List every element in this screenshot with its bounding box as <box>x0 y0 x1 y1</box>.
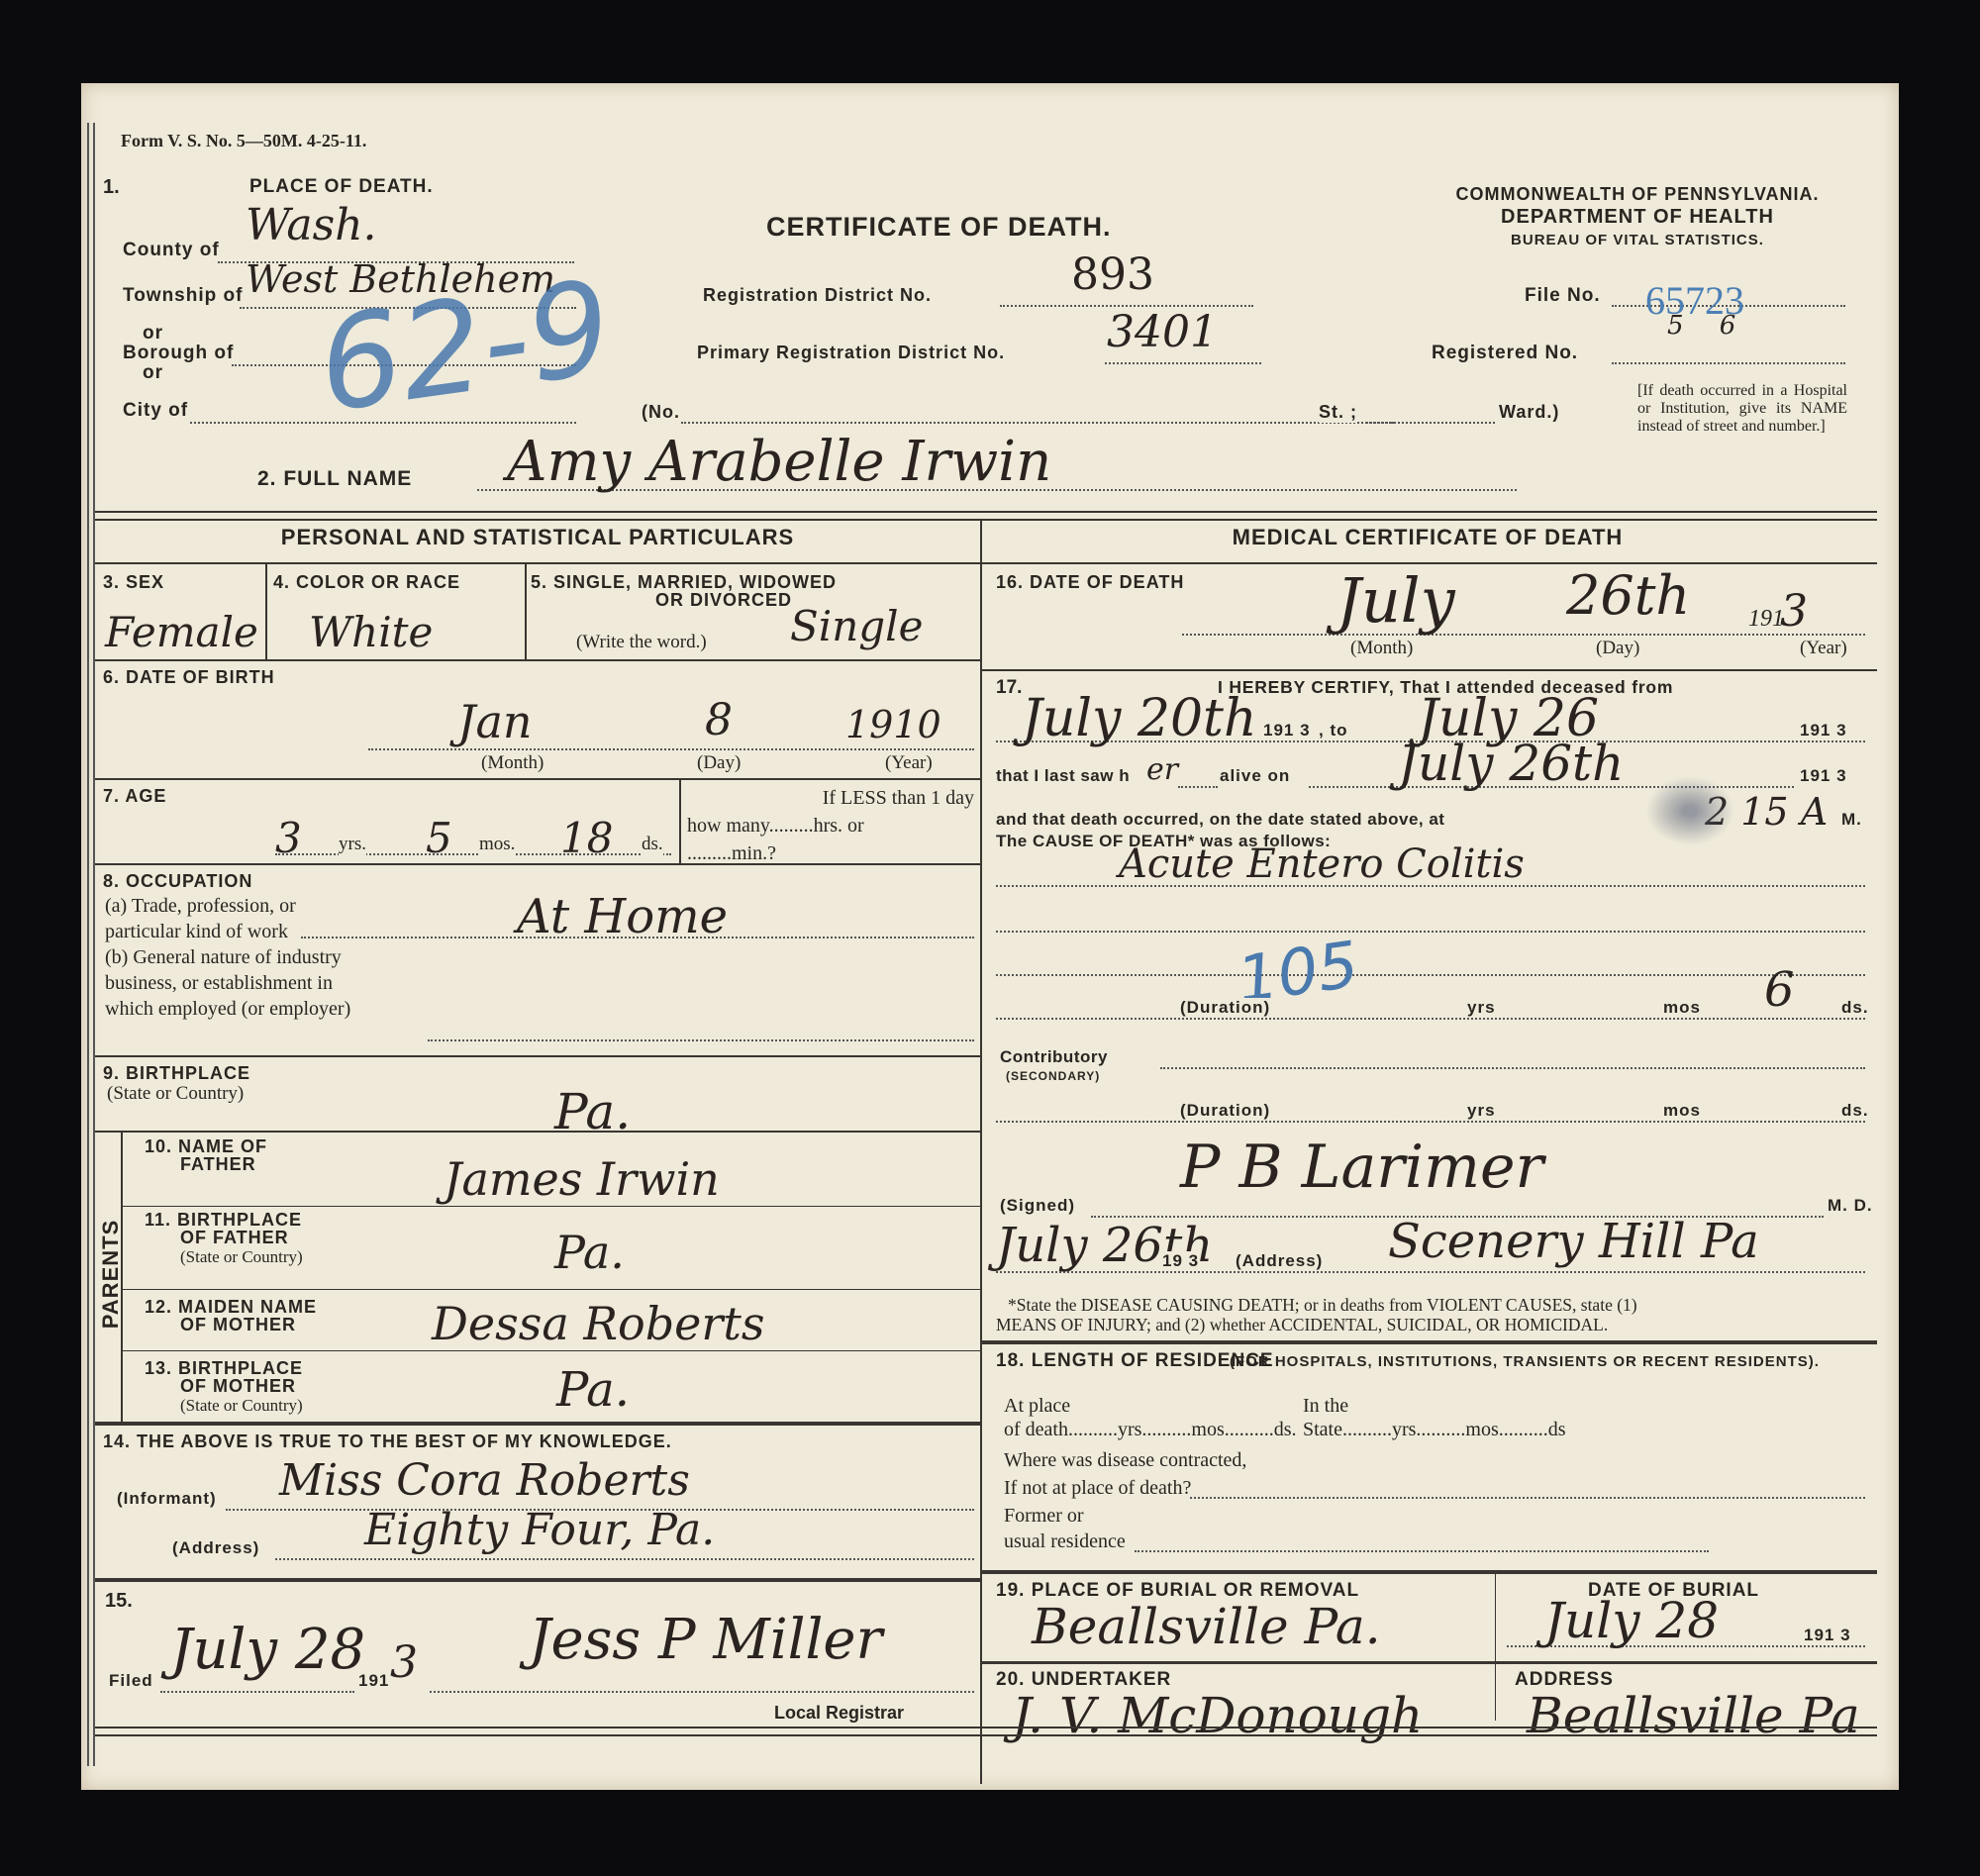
city-label: City of <box>123 400 188 422</box>
race-label: 4. COLOR OR RACE <box>273 572 460 593</box>
full-name-value: Amy Arabelle Irwin <box>507 430 1051 494</box>
ward-line <box>1366 422 1495 424</box>
divider <box>95 519 1877 521</box>
former-1: Former or <box>1004 1505 1084 1528</box>
ds-label: ds. <box>1841 998 1869 1018</box>
dod-line <box>1182 634 1865 636</box>
item15-num: 15. <box>105 1590 133 1613</box>
cause-value: Acute Entero Colitis <box>1119 841 1525 887</box>
divider <box>95 863 980 865</box>
mos-label: mos <box>1663 1101 1701 1121</box>
burial-date-value: July 28 <box>1544 1592 1719 1649</box>
divider <box>95 562 980 564</box>
hospital-note: [If death occurred in a Hospital or Inst… <box>1637 382 1847 436</box>
age-label: 7. AGE <box>103 786 166 807</box>
yrs-caption: yrs. <box>339 834 366 855</box>
certificate-title: CERTIFICATE OF DEATH. <box>766 212 1111 243</box>
divider <box>95 1131 980 1133</box>
registered-no-label: Registered No. <box>1432 343 1578 364</box>
dob-month: Jan <box>457 695 533 748</box>
borough-label: Borough of <box>123 343 234 364</box>
or-label: or <box>143 362 163 384</box>
attended-from-year: 191 3 <box>1263 721 1311 741</box>
contracted-2: If not at place of death? <box>1004 1477 1191 1500</box>
agency-line1: COMMONWEALTH OF PENNSYLVANIA. <box>1430 184 1845 205</box>
form-number: Form V. S. No. 5—50M. 4-25-11. <box>121 131 366 151</box>
occupation-line-b <box>428 1039 974 1041</box>
occupation-instructions: (a) Trade, profession, or particular kin… <box>105 893 350 1022</box>
primary-reg-line <box>1105 362 1261 364</box>
ds-caption: ds. <box>642 834 663 855</box>
item14-label: 14. THE ABOVE IS TRUE TO THE BEST OF MY … <box>103 1432 672 1452</box>
state-country-hint: (State or Country) <box>180 1247 303 1267</box>
month-caption: (Month) <box>1350 638 1413 659</box>
divider <box>95 1055 980 1057</box>
mother-name-label-2: OF MOTHER <box>180 1315 296 1335</box>
primary-reg-value: 3401 <box>1107 307 1218 357</box>
occ-b-1: (b) General nature of industry <box>105 944 350 970</box>
attended-to-year: 191 3 <box>1800 721 1847 741</box>
registered-no-line <box>1612 362 1845 364</box>
in-state-block: In the State..........yrs..........mos..… <box>1303 1394 1566 1441</box>
year-caption: (Year) <box>1800 638 1847 659</box>
divider <box>121 1350 980 1351</box>
ds-label: ds. <box>1841 1101 1869 1121</box>
filed-year-prefix: 191 <box>358 1671 389 1691</box>
age-days: 18 <box>560 814 613 862</box>
less-line-1: If LESS than 1 day <box>687 784 974 812</box>
divider <box>95 659 980 661</box>
m-label: M. <box>1841 810 1862 830</box>
cell-divider <box>1495 1572 1496 1721</box>
dod-year-suffix: 3 <box>1780 586 1808 637</box>
sex-label: 3. SEX <box>103 572 164 593</box>
mother-bp-value: Pa. <box>556 1362 630 1418</box>
cell-divider <box>679 778 681 863</box>
secondary-label: (SECONDARY) <box>1006 1069 1100 1083</box>
registrar-signature: Jess P Miller <box>529 1608 882 1672</box>
duration-label: (Duration) <box>1180 998 1270 1018</box>
margin-rule <box>93 123 95 1766</box>
personal-section-title: PERSONAL AND STATISTICAL PARTICULARS <box>95 525 980 550</box>
in-state-2: State..........yrs..........mos.........… <box>1303 1418 1566 1441</box>
cell-divider <box>525 562 527 659</box>
divider <box>982 1570 1877 1574</box>
yrs-label: yrs <box>1467 1101 1496 1121</box>
dod-label: 16. DATE OF DEATH <box>996 572 1184 593</box>
last-saw-pronoun: er <box>1146 752 1178 787</box>
column-divider <box>980 521 982 1784</box>
file-no-label: File No. <box>1525 285 1601 307</box>
pronoun-line <box>1178 786 1218 788</box>
divider <box>95 1422 980 1426</box>
agency-line3: BUREAU OF VITAL STATISTICS. <box>1430 232 1845 248</box>
street-no-label: (No. <box>642 402 680 423</box>
burial-place-value: Beallsville Pa. <box>1032 1598 1381 1655</box>
footnote: *State the DISEASE CAUSING DEATH; or in … <box>996 1295 1873 1334</box>
last-saw-date: July 26th <box>1398 735 1624 792</box>
dob-day: 8 <box>705 695 733 745</box>
reg-district-label: Registration District No. <box>703 285 932 306</box>
file-no-overwrite: 5 6 <box>1667 311 1749 341</box>
duration-label-2: (Duration) <box>1180 1101 1270 1121</box>
less-than-day-note: If LESS than 1 day how many.........hrs.… <box>687 784 974 867</box>
marital-value: Single <box>790 602 923 650</box>
filed-label: Filed <box>109 1671 153 1691</box>
physician-signature: P B Larimer <box>1180 1133 1543 1202</box>
divider <box>982 1661 1877 1664</box>
at-place-2: of death..........yrs..........mos......… <box>1004 1418 1297 1441</box>
county-label: County of <box>123 240 220 261</box>
or-label: or <box>143 323 163 345</box>
physician-address: Scenery Hill Pa <box>1388 1214 1759 1269</box>
duration-days: 6 <box>1764 962 1795 1018</box>
contributory-line <box>1160 1067 1865 1069</box>
alive-on-label: alive on <box>1220 766 1290 786</box>
occurred-text: and that death occurred, on the date sta… <box>996 810 1444 830</box>
physician-address-label: (Address) <box>1236 1251 1323 1271</box>
divider <box>95 778 980 780</box>
attended-from: July 20th <box>1022 689 1256 748</box>
reg-district-value: 893 <box>1071 249 1154 300</box>
ward-label: Ward.) <box>1499 402 1559 423</box>
duration-line-2 <box>996 1121 1865 1123</box>
cause-line-2 <box>996 931 1865 933</box>
father-name-label-2: FATHER <box>180 1154 256 1175</box>
filed-date-value: July 28 <box>170 1618 365 1682</box>
registrar-label: Local Registrar <box>774 1703 904 1724</box>
contracted-line <box>1190 1497 1865 1499</box>
signed-year: 19 3 <box>1162 1251 1199 1271</box>
father-bp-label-2: OF FATHER <box>180 1228 289 1248</box>
township-label: Township of <box>123 285 243 307</box>
former-2: usual residence <box>1004 1530 1126 1553</box>
less-line-2: how many.........hrs. or <box>687 812 974 839</box>
filed-year-suffix: 3 <box>390 1637 418 1688</box>
mos-caption: mos. <box>479 834 515 855</box>
sex-value: Female <box>105 608 258 656</box>
bottom-rule <box>95 1727 1877 1728</box>
ink-blot <box>1645 776 1734 845</box>
margin-rule <box>87 123 89 1766</box>
occ-a-1: (a) Trade, profession, or <box>105 893 350 919</box>
mother-bp-label-2: OF MOTHER <box>180 1376 296 1397</box>
divider <box>982 669 1877 671</box>
birthplace-label: 9. BIRTHPLACE <box>103 1063 250 1084</box>
informant-address-value: Eighty Four, Pa. <box>364 1505 715 1555</box>
informant-address-line <box>275 1558 974 1560</box>
age-months: 5 <box>426 814 452 862</box>
footnote-line-1: *State the DISEASE CAUSING DEATH; or in … <box>996 1295 1873 1315</box>
age-years: 3 <box>275 814 302 862</box>
year-caption: (Year) <box>885 752 933 774</box>
contracted-1: Where was disease contracted, <box>1004 1449 1246 1472</box>
informant-value: Miss Cora Roberts <box>279 1455 690 1506</box>
residence-note: (FOR HOSPITALS, INSTITUTIONS, TRANSIENTS… <box>1230 1352 1873 1372</box>
last-saw-label: that I last saw h <box>996 766 1130 786</box>
father-bp-value: Pa. <box>554 1226 625 1279</box>
mos-label: mos <box>1663 998 1701 1018</box>
last-saw-year: 191 3 <box>1800 766 1847 786</box>
street-line <box>681 422 1394 424</box>
item17-num: 17. <box>996 677 1022 699</box>
full-name-label: 2. FULL NAME <box>257 467 412 491</box>
cell-divider <box>265 562 267 659</box>
dob-label: 6. DATE OF BIRTH <box>103 667 275 688</box>
divider <box>982 1340 1877 1344</box>
marital-hint: (Write the word.) <box>576 632 707 653</box>
father-name-value: James Irwin <box>444 1152 720 1206</box>
divider <box>121 1289 980 1290</box>
signed-label: (Signed) <box>1000 1196 1075 1216</box>
filed-date-line <box>160 1691 354 1693</box>
divider <box>95 1578 980 1582</box>
street-label: St. ; <box>1319 402 1357 423</box>
mother-name-value: Dessa Roberts <box>432 1297 764 1350</box>
primary-reg-label: Primary Registration District No. <box>697 343 1005 363</box>
state-country-hint: (State or Country) <box>107 1083 244 1105</box>
occupation-value: At Home <box>517 889 728 944</box>
yrs-label: yrs <box>1467 998 1496 1018</box>
occ-a-2: particular kind of work <box>105 919 350 944</box>
occupation-label: 8. OCCUPATION <box>103 871 252 892</box>
marital-label-2: OR DIVORCED <box>655 590 792 611</box>
occ-b-2: business, or establishment in <box>105 970 350 996</box>
parents-label: PARENTS <box>98 1185 124 1363</box>
state-country-hint: (State or Country) <box>180 1396 303 1416</box>
in-state-1: In the <box>1303 1394 1566 1418</box>
at-place-block: At place of death..........yrs..........… <box>1004 1394 1297 1441</box>
race-value: White <box>309 608 433 656</box>
day-caption: (Day) <box>697 752 741 774</box>
contributory-label: Contributory <box>1000 1047 1108 1067</box>
to-label: , to <box>1319 721 1348 741</box>
place-of-death-label: PLACE OF DEATH. <box>249 176 434 198</box>
at-place-1: At place <box>1004 1394 1297 1418</box>
divider <box>121 1206 980 1207</box>
medical-section-title: MEDICAL CERTIFICATE OF DEATH <box>982 525 1873 550</box>
dob-line <box>368 748 974 750</box>
md-label: M. D. <box>1828 1196 1873 1216</box>
informant-address-label: (Address) <box>172 1538 259 1558</box>
dod-month: July <box>1336 564 1455 637</box>
footnote-line-2: MEANS OF INJURY; and (2) whether ACCIDEN… <box>996 1315 1873 1334</box>
occ-b-3: which employed (or employer) <box>105 996 350 1022</box>
death-certificate: Form V. S. No. 5—50M. 4-25-11. 1. PLACE … <box>81 83 1899 1790</box>
informant-label: (Informant) <box>117 1489 217 1509</box>
dod-year-prefix: 191 <box>1748 606 1784 633</box>
day-caption: (Day) <box>1596 638 1639 659</box>
burial-year: 191 3 <box>1804 1626 1851 1645</box>
month-caption: (Month) <box>481 752 544 774</box>
registrar-line <box>430 1691 974 1693</box>
agency-line2: DEPARTMENT OF HEALTH <box>1430 206 1845 229</box>
item-number: 1. <box>103 176 120 199</box>
county-value: Wash. <box>246 200 377 250</box>
dod-day: 26th <box>1566 564 1690 627</box>
cause-line-3 <box>996 974 1865 976</box>
duration-line <box>996 1018 1865 1020</box>
divider <box>95 511 1877 513</box>
dob-year: 1910 <box>845 703 941 746</box>
bottom-rule <box>95 1734 1877 1736</box>
former-line <box>1135 1550 1709 1552</box>
